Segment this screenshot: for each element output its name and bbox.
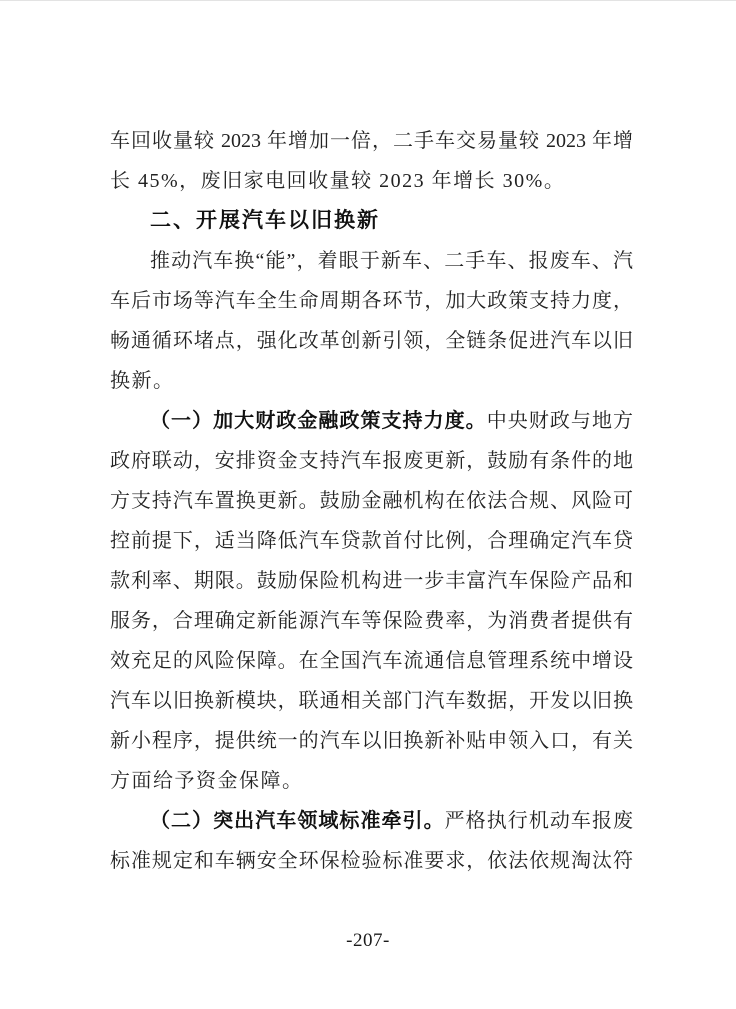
text-segment: 畅通循环堵点，强化改革创新引领，全链条促进汽车以旧 bbox=[110, 330, 633, 352]
text-segment: 控前提下，适当降低汽车贷款首付比例，合理确定汽车贷 bbox=[110, 530, 633, 552]
document-line: 车后市场等汽车全生命周期各环节，加大政策支持力度， bbox=[110, 281, 633, 321]
text-segment: 服务，合理确定新能源汽车等保险费率，为消费者提供有 bbox=[110, 610, 633, 632]
document-line: 控前提下，适当降低汽车贷款首付比例，合理确定汽车贷 bbox=[110, 521, 633, 561]
document-line: 效充足的风险保障。在全国汽车流通信息管理系统中增设 bbox=[110, 641, 633, 681]
document-body: 车回收量较 2023 年增加一倍，二手车交易量较 2023 年增长 45%，废旧… bbox=[110, 121, 633, 881]
document-page: 车回收量较 2023 年增加一倍，二手车交易量较 2023 年增长 45%，废旧… bbox=[0, 0, 736, 1009]
document-line: 款利率、期限。鼓励保险机构进一步丰富汽车保险产品和 bbox=[110, 561, 633, 601]
text-segment: 新小程序，提供统一的汽车以旧换新补贴申领入口，有关 bbox=[110, 730, 633, 752]
document-line: 服务，合理确定新能源汽车等保险费率，为消费者提供有 bbox=[110, 601, 633, 641]
text-segment: 方面给予资金保障。 bbox=[110, 770, 304, 792]
bold-text-segment: （二）突出汽车领域标准牵引。 bbox=[150, 810, 445, 832]
document-line: 推动汽车换“能”，着眼于新车、二手车、报废车、汽 bbox=[110, 241, 633, 281]
document-line: 方支持汽车置换更新。鼓励金融机构在依法合规、风险可 bbox=[110, 481, 633, 521]
text-segment: 换新。 bbox=[110, 370, 175, 392]
text-segment: 长 45%，废旧家电回收量较 2023 年增长 30%。 bbox=[110, 170, 565, 192]
document-line: （一）加大财政金融政策支持力度。中央财政与地方 bbox=[110, 401, 633, 441]
document-line: 新小程序，提供统一的汽车以旧换新补贴申领入口，有关 bbox=[110, 721, 633, 761]
document-line: 标准规定和车辆安全环保检验标准要求，依法依规淘汰符 bbox=[110, 841, 633, 881]
text-segment: 严格执行机动车报废 bbox=[445, 810, 633, 832]
text-segment: 标准规定和车辆安全环保检验标准要求，依法依规淘汰符 bbox=[110, 850, 633, 872]
text-segment: 款利率、期限。鼓励保险机构进一步丰富汽车保险产品和 bbox=[110, 570, 633, 592]
page-number: -207- bbox=[0, 928, 736, 954]
document-line: 政府联动，安排资金支持汽车报废更新，鼓励有条件的地 bbox=[110, 441, 633, 481]
document-line: （二）突出汽车领域标准牵引。严格执行机动车报废 bbox=[110, 801, 633, 841]
section-heading: 二、开展汽车以旧换新 bbox=[110, 201, 633, 241]
text-segment: 车后市场等汽车全生命周期各环节，加大政策支持力度， bbox=[110, 290, 633, 312]
document-line: 汽车以旧换新模块，联通相关部门汽车数据，开发以旧换 bbox=[110, 681, 633, 721]
document-line: 车回收量较 2023 年增加一倍，二手车交易量较 2023 年增 bbox=[110, 121, 633, 161]
bold-text-segment: （一）加大财政金融政策支持力度。 bbox=[150, 410, 487, 432]
bold-text-segment: 二、开展汽车以旧换新 bbox=[150, 209, 380, 232]
document-line: 方面给予资金保障。 bbox=[110, 761, 633, 801]
text-segment: 方支持汽车置换更新。鼓励金融机构在依法合规、风险可 bbox=[110, 490, 633, 512]
text-segment: 汽车以旧换新模块，联通相关部门汽车数据，开发以旧换 bbox=[110, 690, 633, 712]
text-segment: 效充足的风险保障。在全国汽车流通信息管理系统中增设 bbox=[110, 650, 633, 672]
document-line: 换新。 bbox=[110, 361, 633, 401]
text-segment: 车回收量较 2023 年增加一倍，二手车交易量较 2023 年增 bbox=[110, 130, 633, 152]
document-line: 畅通循环堵点，强化改革创新引领，全链条促进汽车以旧 bbox=[110, 321, 633, 361]
document-line: 长 45%，废旧家电回收量较 2023 年增长 30%。 bbox=[110, 161, 633, 201]
text-segment: 推动汽车换“能”，着眼于新车、二手车、报废车、汽 bbox=[150, 250, 633, 272]
text-segment: 政府联动，安排资金支持汽车报废更新，鼓励有条件的地 bbox=[110, 450, 633, 472]
text-segment: 中央财政与地方 bbox=[487, 410, 633, 432]
